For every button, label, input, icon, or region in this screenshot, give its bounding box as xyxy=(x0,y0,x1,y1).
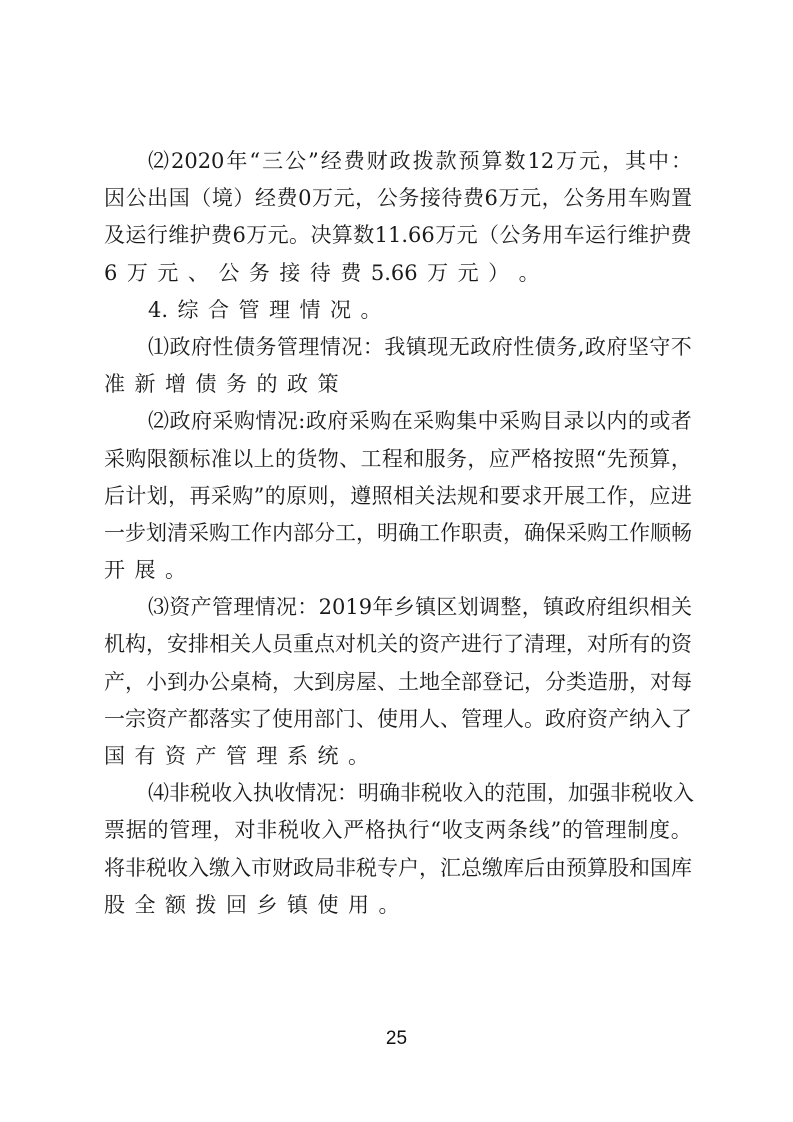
glyph: 合 xyxy=(208,292,229,329)
glyph: 增 xyxy=(165,366,186,403)
glyph: 采 xyxy=(499,403,520,440)
glyph: 费 xyxy=(277,180,298,217)
glyph: 统 xyxy=(318,738,339,775)
text-line: 开展。 xyxy=(104,552,692,589)
glyph: 况 xyxy=(330,292,351,329)
glyph: 行 xyxy=(606,217,627,254)
glyph: 府 xyxy=(566,701,587,738)
glyph: 应 xyxy=(489,441,510,478)
glyph: 费 xyxy=(344,143,365,180)
glyph: 小 xyxy=(146,664,167,701)
glyph: 政 xyxy=(470,329,491,366)
glyph: 非 xyxy=(125,850,146,887)
glyph: 镇 xyxy=(543,589,564,626)
glyph: 况 xyxy=(316,775,337,812)
glyph: 一 xyxy=(104,515,125,552)
glyph: 理 xyxy=(298,329,319,366)
glyph: 资 xyxy=(165,738,186,775)
glyph: 局 xyxy=(314,850,335,887)
glyph: 格 xyxy=(532,441,553,478)
glyph: 求 xyxy=(521,478,542,515)
glyph: 地 xyxy=(419,664,440,701)
glyph: 元 xyxy=(334,180,355,217)
glyph: 线 xyxy=(529,812,550,849)
glyph: 用 xyxy=(606,180,627,217)
glyph: 管 xyxy=(212,589,233,626)
glyph: 总 xyxy=(461,850,482,887)
glyph: 整 xyxy=(500,589,521,626)
glyph: 落 xyxy=(209,701,230,738)
glyph: 全 xyxy=(440,664,461,701)
glyph: 元 xyxy=(457,217,478,254)
glyph: 开 xyxy=(104,552,125,589)
glyph: ， xyxy=(602,143,623,180)
glyph: 运 xyxy=(585,217,606,254)
glyph: 或 xyxy=(649,403,670,440)
glyph: 类 xyxy=(566,664,587,701)
glyph: 畅 xyxy=(671,515,692,552)
glyph: 新 xyxy=(135,366,156,403)
glyph: 维 xyxy=(628,217,649,254)
glyph: ， xyxy=(419,850,440,887)
glyph: 购 xyxy=(234,403,255,440)
glyph: 经 xyxy=(321,143,342,180)
glyph: 对 xyxy=(650,664,671,701)
glyph: 据 xyxy=(126,812,147,849)
glyph: 、 xyxy=(356,701,377,738)
glyph: 入 xyxy=(650,701,671,738)
glyph: 万 xyxy=(556,143,577,180)
glyph: 法 xyxy=(436,478,457,515)
glyph: 采 xyxy=(413,403,434,440)
glyph: 收 xyxy=(211,775,232,812)
glyph: 12 xyxy=(527,143,554,180)
glyph: 计 xyxy=(125,478,146,515)
glyph: 入 xyxy=(230,850,251,887)
glyph: 管 xyxy=(239,292,260,329)
page-number: 25 xyxy=(0,1028,793,1050)
glyph: 政 xyxy=(545,701,566,738)
glyph: 市 xyxy=(251,850,272,887)
glyph: 用 xyxy=(348,887,369,924)
glyph: 缴 xyxy=(209,850,230,887)
glyph: 万 xyxy=(127,255,148,292)
glyph: 的 xyxy=(628,403,649,440)
glyph: 到 xyxy=(314,664,335,701)
glyph: 国 xyxy=(169,180,190,217)
glyph: 况 xyxy=(276,589,297,626)
paragraph-sangong-budget: ⑵2020年“三公”经费财政拨款预算数12万元，其中： 因公出国（境）经费0万元… xyxy=(104,143,692,292)
glyph: 保 xyxy=(545,515,566,552)
glyph: 登 xyxy=(482,664,503,701)
glyph: 购 xyxy=(521,403,542,440)
glyph: 费 xyxy=(671,217,692,254)
glyph: ” xyxy=(254,478,265,515)
glyph: 务 xyxy=(521,217,542,254)
text-line: ⑵2020年“三公”经费财政拨款预算数12万元，其中： xyxy=(104,143,692,180)
glyph: 用 xyxy=(398,701,419,738)
glyph: 情 xyxy=(320,329,341,366)
glyph: 入 xyxy=(673,775,694,812)
glyph: 门 xyxy=(335,701,356,738)
glyph: 采 xyxy=(104,441,125,478)
glyph: 管 xyxy=(277,329,298,366)
glyph: 先 xyxy=(607,441,628,478)
glyph: 作 xyxy=(251,515,272,552)
glyph: 者 xyxy=(671,403,692,440)
glyph: 股 xyxy=(104,887,125,924)
glyph: 境 xyxy=(212,180,233,217)
glyph: 关 xyxy=(230,626,251,663)
glyph: ⑴ xyxy=(148,329,169,366)
glyph: ） xyxy=(488,255,509,292)
text-line: 一步划清采购工作内部分工，明确工作职责，确保采购工作顺畅 xyxy=(104,515,692,552)
glyph: 使 xyxy=(272,701,293,738)
glyph: 用 xyxy=(542,217,563,254)
glyph: ⑶ xyxy=(148,589,169,626)
glyph: , xyxy=(578,329,585,366)
glyph: 服 xyxy=(425,441,446,478)
glyph: 资 xyxy=(587,701,608,738)
glyph: 调 xyxy=(479,589,500,626)
glyph: 元 xyxy=(520,180,541,217)
glyph: 税 xyxy=(146,850,167,887)
glyph: 作 xyxy=(629,515,650,552)
heading-line: 4.综合管理情况。 xyxy=(104,292,692,329)
glyph: 强 xyxy=(589,775,610,812)
glyph: 购 xyxy=(232,478,253,515)
glyph: 算 xyxy=(650,441,671,478)
glyph: 划 xyxy=(458,589,479,626)
glyph: 收 xyxy=(274,775,295,812)
glyph: 乡 xyxy=(394,589,415,626)
paragraph-non-tax-revenue: ⑷非税收入执收情况：明确非税收入的范围，加强非税收入 票据的管理，对非税收入严格… xyxy=(104,775,692,924)
glyph: 关 xyxy=(414,478,435,515)
glyph: 护 xyxy=(190,217,211,254)
glyph: 。 xyxy=(361,292,382,329)
glyph: 组 xyxy=(607,589,628,626)
glyph: 接 xyxy=(420,180,441,217)
text-line: 一宗资产都落实了使用部门、使用人、管理人。政府资产纳入了 xyxy=(104,701,692,738)
glyph: 款 xyxy=(436,143,457,180)
glyph: 两 xyxy=(485,812,506,849)
glyph: ， xyxy=(356,515,377,552)
glyph: 部 xyxy=(293,515,314,552)
glyph: 造 xyxy=(587,664,608,701)
text-line: ⑵政府采购情况:政府采购在采购集中采购目录以内的或者 xyxy=(104,403,692,440)
glyph: 预 xyxy=(566,850,587,887)
glyph: 行 xyxy=(147,217,168,254)
glyph: 度 xyxy=(649,812,670,849)
glyph: 元 xyxy=(268,217,289,254)
glyph: 购 xyxy=(587,515,608,552)
glyph: ： xyxy=(337,775,358,812)
glyph: 国 xyxy=(104,738,125,775)
glyph: 政 xyxy=(287,366,308,403)
glyph: 、 xyxy=(440,701,461,738)
glyph: 车 xyxy=(564,217,585,254)
glyph: 非 xyxy=(169,775,190,812)
glyph: 债 xyxy=(535,329,556,366)
glyph: 管 xyxy=(584,812,605,849)
glyph: 大 xyxy=(293,664,314,701)
glyph: 工 xyxy=(419,515,440,552)
glyph: 情 xyxy=(300,292,321,329)
glyph: 资 xyxy=(146,701,167,738)
glyph: 部 xyxy=(461,664,482,701)
glyph: 我 xyxy=(384,329,405,366)
glyph: 、 xyxy=(339,441,360,478)
glyph: （ xyxy=(190,180,211,217)
glyph: 政 xyxy=(169,403,190,440)
glyph: 应 xyxy=(650,478,671,515)
glyph: 人 xyxy=(251,626,272,663)
paragraph-procurement: ⑵政府采购情况:政府采购在采购集中采购目录以内的或者 采购限额标准以上的货物、工… xyxy=(104,403,692,589)
glyph: 收 xyxy=(652,775,673,812)
glyph: ， xyxy=(629,664,650,701)
text-line: 后计划，再采购”的原则，遵照相关法规和要求开展工作，应进 xyxy=(104,478,692,515)
glyph: 确 xyxy=(379,775,400,812)
glyph: 府 xyxy=(327,403,348,440)
glyph: ， xyxy=(213,812,234,849)
glyph: 房 xyxy=(335,664,356,701)
glyph: 务 xyxy=(255,329,276,366)
glyph: 坚 xyxy=(628,329,649,366)
glyph: 年 xyxy=(372,589,393,626)
glyph: 年 xyxy=(226,143,247,180)
glyph: 关 xyxy=(377,626,398,663)
glyph: 准 xyxy=(104,366,125,403)
glyph: 政 xyxy=(564,589,585,626)
text-line: 及运行维护费6万元。决算数11.66万元（公务用车运行维护费 xyxy=(104,217,692,254)
glyph: 情 xyxy=(295,775,316,812)
glyph: 拨 xyxy=(196,887,217,924)
glyph: 织 xyxy=(628,589,649,626)
glyph: 车 xyxy=(628,180,649,217)
glyph: 万 xyxy=(312,180,333,217)
glyph: 管 xyxy=(169,812,190,849)
glyph: 土 xyxy=(398,664,419,701)
glyph: 公 xyxy=(209,664,230,701)
glyph: 三 xyxy=(262,143,283,180)
glyph: 机 xyxy=(356,626,377,663)
glyph: 6 xyxy=(485,180,498,217)
glyph: 规 xyxy=(457,478,478,515)
glyph: 资 xyxy=(419,626,440,663)
glyph: 乡 xyxy=(257,887,278,924)
glyph: 划 xyxy=(146,515,167,552)
glyph: 6 xyxy=(232,217,245,254)
glyph: 职 xyxy=(461,515,482,552)
glyph: 的 xyxy=(562,812,583,849)
glyph: 执 xyxy=(387,812,408,849)
glyph: 算 xyxy=(587,850,608,887)
glyph: 进 xyxy=(671,478,692,515)
glyph: 。 xyxy=(165,552,186,589)
glyph: 非 xyxy=(256,812,277,849)
glyph: 产 xyxy=(608,701,629,738)
glyph: 录 xyxy=(563,403,584,440)
glyph: 对 xyxy=(587,626,608,663)
glyph: 、 xyxy=(377,664,398,701)
glyph: 数 xyxy=(504,143,525,180)
glyph: 守 xyxy=(649,329,670,366)
glyph: 产 xyxy=(196,738,217,775)
glyph: 非 xyxy=(400,775,421,812)
glyph: 了 xyxy=(671,701,692,738)
glyph: 产 xyxy=(167,701,188,738)
glyph: 府 xyxy=(492,329,513,366)
glyph: 和 xyxy=(479,478,500,515)
glyph: 。 xyxy=(524,701,545,738)
glyph: 纳 xyxy=(629,701,650,738)
glyph: 后 xyxy=(524,850,545,887)
glyph: 采 xyxy=(566,515,587,552)
glyph: 政 xyxy=(585,329,606,366)
glyph: 务 xyxy=(556,329,577,366)
glyph: 标 xyxy=(190,441,211,478)
glyph: 以 xyxy=(232,441,253,478)
glyph: 物 xyxy=(318,441,339,478)
glyph: 产 xyxy=(104,664,125,701)
glyph: 人 xyxy=(503,701,524,738)
glyph: 务 xyxy=(446,441,467,478)
glyph: 步 xyxy=(125,515,146,552)
text-line: 机构，安排相关人员重点对机关的资产进行了清理，对所有的资 xyxy=(104,626,692,663)
glyph: 按 xyxy=(553,441,574,478)
glyph: 严 xyxy=(343,812,364,849)
text-line: 将非税收入缴入市财政局非税专户，汇总缴库后由预算股和国库 xyxy=(104,850,692,887)
glyph: 综 xyxy=(178,292,199,329)
glyph: 5.66 xyxy=(371,255,418,292)
glyph: 务 xyxy=(249,255,270,292)
glyph: ， xyxy=(628,478,649,515)
glyph: 相 xyxy=(650,589,671,626)
glyph: 公 xyxy=(285,143,306,180)
glyph: 回 xyxy=(226,887,247,924)
glyph: 产 xyxy=(440,626,461,663)
glyph: 货 xyxy=(296,441,317,478)
glyph: 债 xyxy=(234,329,255,366)
glyph: 。 xyxy=(519,255,540,292)
glyph: 明 xyxy=(377,515,398,552)
glyph: 清 xyxy=(167,515,188,552)
glyph: ， xyxy=(671,441,692,478)
glyph: 围 xyxy=(526,775,547,812)
glyph: 要 xyxy=(500,478,521,515)
glyph: 元 xyxy=(458,255,479,292)
glyph: 采 xyxy=(188,515,209,552)
text-line: 产，小到办公桌椅，大到房屋、土地全部登记，分类造册，对每 xyxy=(104,664,692,701)
glyph: 范 xyxy=(505,775,526,812)
glyph: 费 xyxy=(211,217,232,254)
glyph: 债 xyxy=(196,366,217,403)
glyph: 作 xyxy=(607,478,628,515)
glyph: 将 xyxy=(104,850,125,887)
glyph: 机 xyxy=(104,626,125,663)
glyph: ⑵ xyxy=(148,403,169,440)
glyph: 工 xyxy=(230,515,251,552)
glyph: 相 xyxy=(393,478,414,515)
glyph: 府 xyxy=(191,403,212,440)
glyph: ” xyxy=(551,812,562,849)
glyph: 11.66 xyxy=(375,217,435,254)
glyph: 构 xyxy=(125,626,146,663)
glyph: 数 xyxy=(353,217,374,254)
glyph: 后 xyxy=(104,478,125,515)
glyph: 汇 xyxy=(440,850,461,887)
glyph: 收 xyxy=(300,812,321,849)
glyph: 相 xyxy=(209,626,230,663)
glyph: 财 xyxy=(367,143,388,180)
glyph: 加 xyxy=(568,775,589,812)
glyph: ， xyxy=(355,180,376,217)
glyph: 的 xyxy=(398,626,419,663)
glyph: 上 xyxy=(254,441,275,478)
glyph: 理 xyxy=(257,738,278,775)
glyph: 限 xyxy=(147,441,168,478)
glyph: 专 xyxy=(377,850,398,887)
glyph: 及 xyxy=(104,217,125,254)
glyph: 进 xyxy=(461,626,482,663)
glyph: 现 xyxy=(427,329,448,366)
glyph: 公 xyxy=(563,180,584,217)
glyph: 对 xyxy=(335,626,356,663)
glyph: 非 xyxy=(335,850,356,887)
glyph: 的 xyxy=(275,441,296,478)
glyph: 产 xyxy=(191,589,212,626)
glyph: 分 xyxy=(545,664,566,701)
glyph: 入 xyxy=(232,775,253,812)
glyph: 库 xyxy=(503,850,524,887)
glyph: 票 xyxy=(104,812,125,849)
glyph: 购 xyxy=(370,403,391,440)
glyph: 镇 xyxy=(415,589,436,626)
glyph: ⑵ xyxy=(148,143,169,180)
glyph: 资 xyxy=(169,589,190,626)
glyph: “ xyxy=(249,143,260,180)
glyph: 税 xyxy=(421,775,442,812)
glyph: 点 xyxy=(314,626,335,663)
glyph: ， xyxy=(524,664,545,701)
glyph: 记 xyxy=(503,664,524,701)
glyph: 国 xyxy=(650,850,671,887)
glyph: 都 xyxy=(188,701,209,738)
glyph: 6 xyxy=(104,255,117,292)
glyph: 办 xyxy=(188,664,209,701)
glyph: “ xyxy=(430,812,441,849)
glyph: 的 xyxy=(650,626,671,663)
glyph: 政 xyxy=(293,850,314,887)
glyph: 理 xyxy=(482,701,503,738)
glyph: 的 xyxy=(484,775,505,812)
glyph: 有 xyxy=(135,738,156,775)
text-line: 准新增债务的政策 xyxy=(104,366,692,403)
glyph: 入 xyxy=(322,812,343,849)
glyph: 务 xyxy=(226,366,247,403)
glyph: 元 xyxy=(579,143,600,180)
glyph: 镇 xyxy=(287,887,308,924)
glyph: 4. xyxy=(148,292,168,329)
glyph: （ xyxy=(478,217,499,254)
glyph: ： xyxy=(671,143,692,180)
glyph: 接 xyxy=(279,255,300,292)
glyph: ， xyxy=(503,515,524,552)
paragraph-debt-management: ⑴政府性债务管理情况：我镇现无政府性债务,政府坚守不 准新增债务的政策 xyxy=(104,329,692,403)
glyph: 。 xyxy=(348,738,369,775)
glyph: 税 xyxy=(278,812,299,849)
glyph: ” xyxy=(308,143,319,180)
